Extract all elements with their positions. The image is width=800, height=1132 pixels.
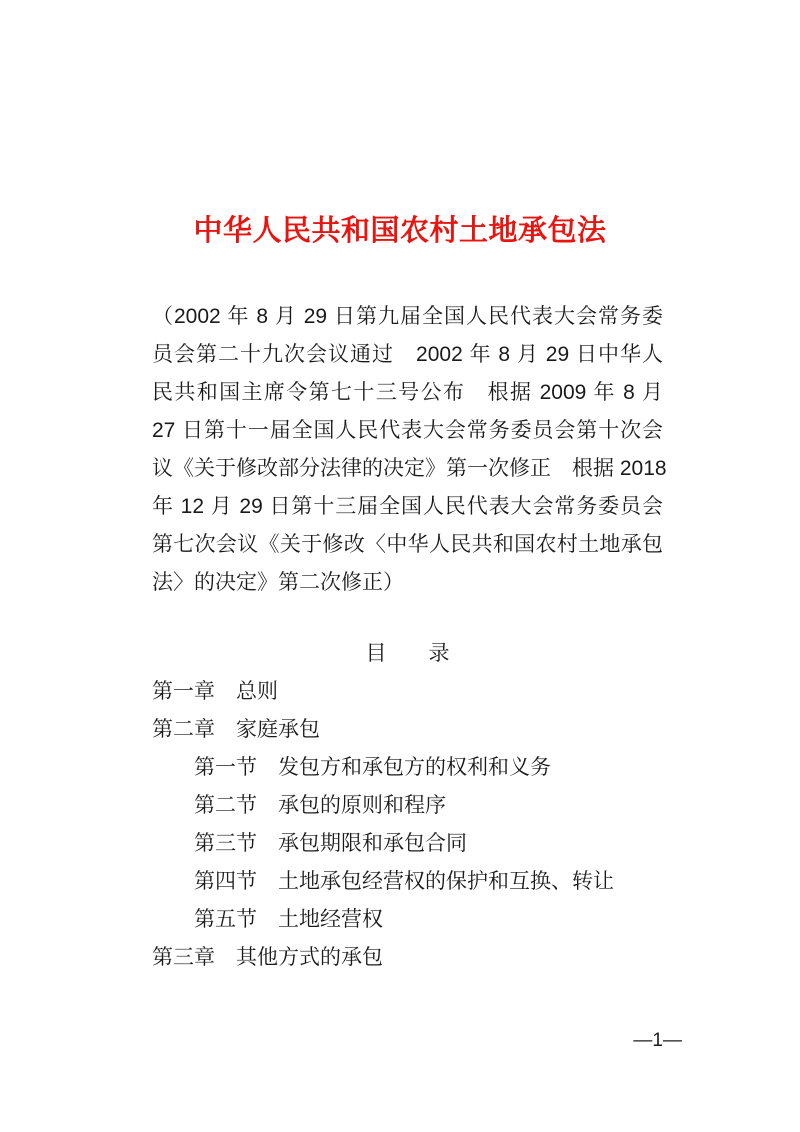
page-number: —1—	[633, 1029, 682, 1053]
toc-item-chapter-3: 第三章 其他方式的承包	[152, 939, 663, 977]
document-page: 中华人民共和国农村土地承包法 （2002 年 8 月 29 日第九届全国人民代表…	[0, 0, 800, 1132]
toc-item-section-5: 第五节 土地经营权	[152, 901, 663, 939]
toc-item-section-3: 第三节 承包期限和承包合同	[152, 825, 663, 863]
paragraph-line: 议《关于修改部分法律的决定》第一次修正 根据 2018	[152, 450, 663, 488]
paragraph-line: 员会第二十九次会议通过 2002 年 8 月 29 日中华人	[152, 336, 663, 374]
table-of-contents: 目 录 第一章 总则 第二章 家庭承包 第一节 发包方和承包方的权利和义务 第二…	[152, 635, 663, 977]
toc-heading: 目 录	[152, 635, 663, 673]
toc-item-section-4: 第四节 土地承包经营权的保护和互换、转让	[152, 863, 663, 901]
toc-item-section-1: 第一节 发包方和承包方的权利和义务	[152, 749, 663, 787]
toc-item-section-2: 第二节 承包的原则和程序	[152, 787, 663, 825]
paragraph-line: 第七次会议《关于修改〈中华人民共和国农村土地承包	[152, 526, 663, 564]
enactment-note-paragraph: （2002 年 8 月 29 日第九届全国人民代表大会常务委 员会第二十九次会议…	[152, 298, 663, 602]
paragraph-line: 年 12 月 29 日第十三届全国人民代表大会常务委员会	[152, 488, 663, 526]
paragraph-line: 民共和国主席令第七十三号公布 根据 2009 年 8 月	[152, 374, 663, 412]
paragraph-line: （2002 年 8 月 29 日第九届全国人民代表大会常务委	[152, 298, 663, 336]
paragraph-line: 法〉的决定》第二次修正）	[152, 564, 663, 602]
paragraph-line: 27 日第十一届全国人民代表大会常务委员会第十次会	[152, 412, 663, 450]
toc-item-chapter-2: 第二章 家庭承包	[152, 711, 663, 749]
toc-item-chapter-1: 第一章 总则	[152, 673, 663, 711]
document-title: 中华人民共和国农村土地承包法	[0, 214, 800, 248]
